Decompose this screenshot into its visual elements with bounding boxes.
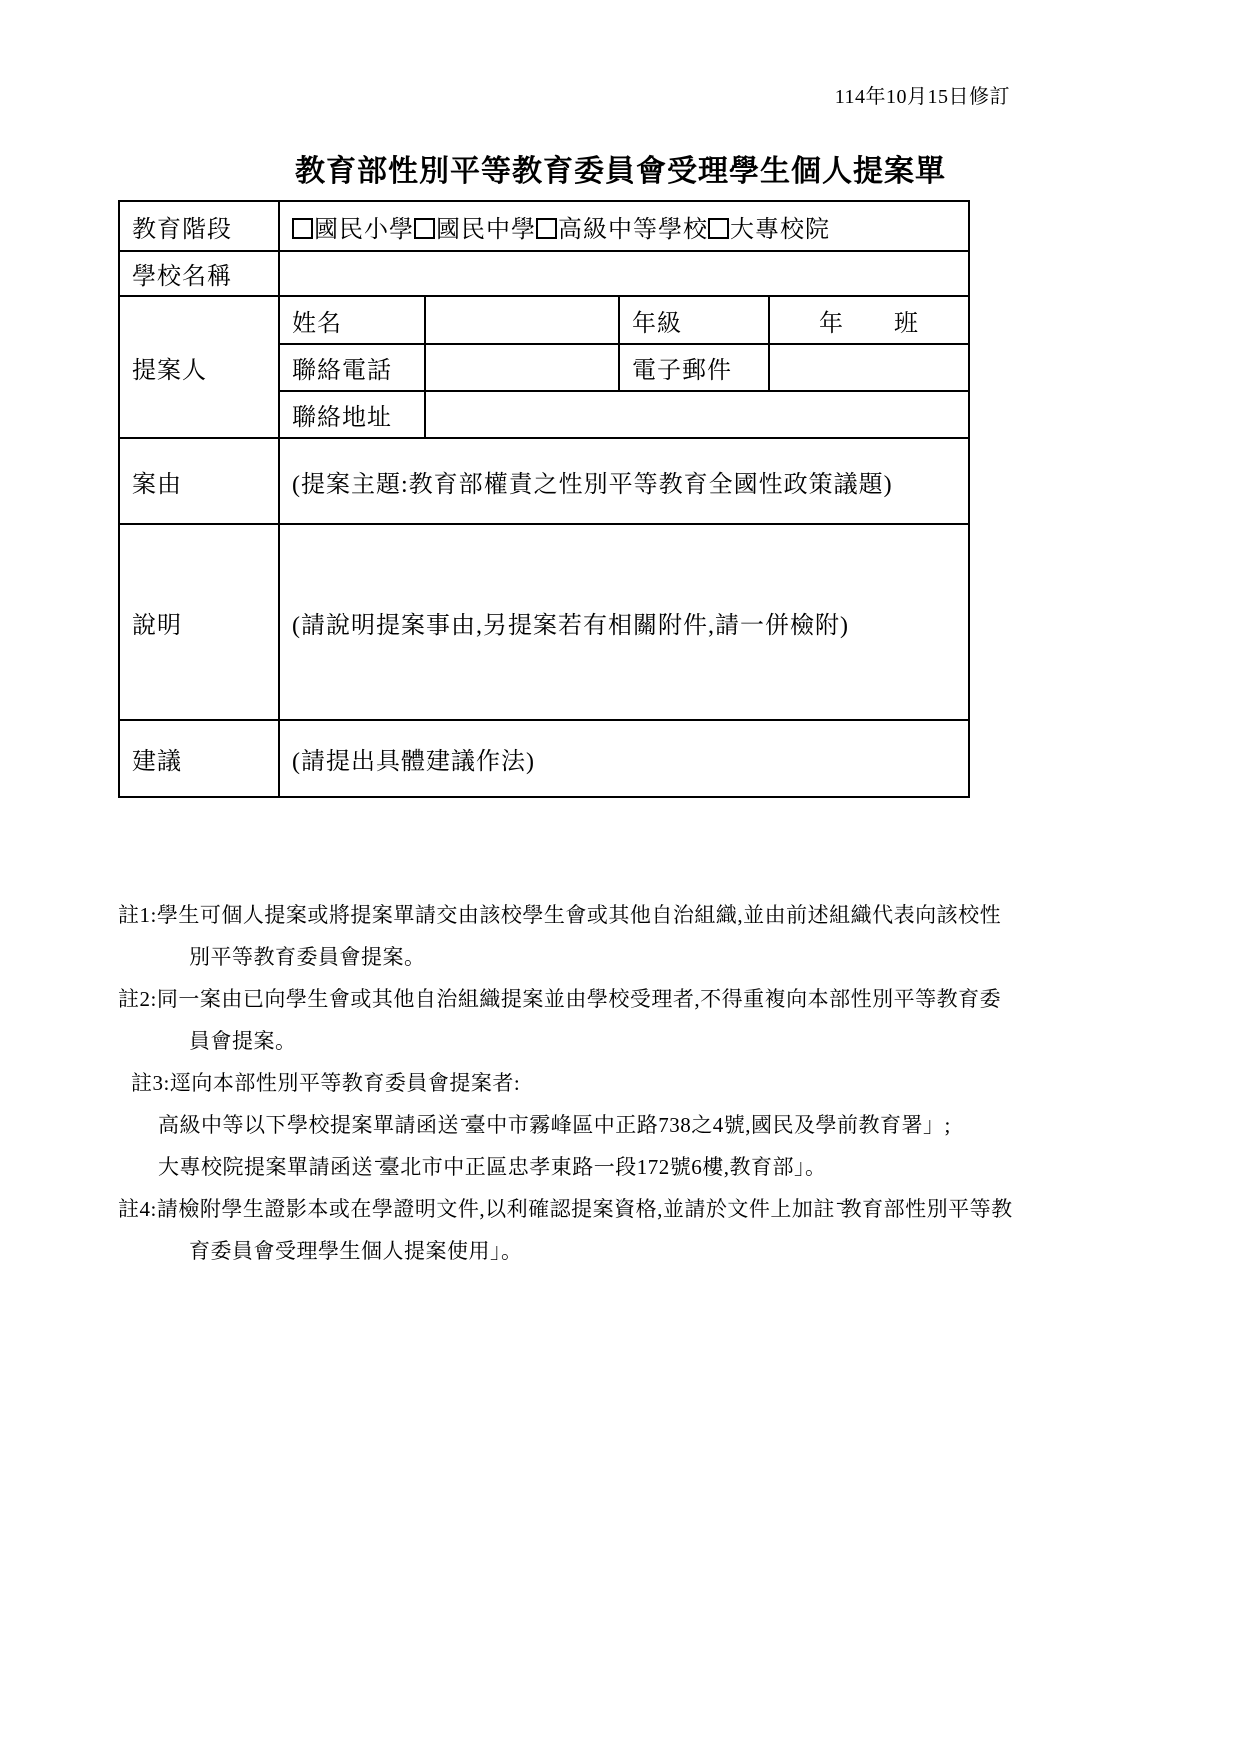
option-elementary: 國民小學 xyxy=(292,217,414,243)
grade-input[interactable]: 年 班 xyxy=(769,296,969,344)
description-label: 說明 xyxy=(119,524,279,720)
checkbox-junior-high-icon[interactable] xyxy=(414,218,435,239)
note-1-text: 學生可個人提案或將提案單請交由該校學生會或其他自治組織,並由前述組織代表向該校性… xyxy=(157,903,1001,969)
note-1: 註1:學生可個人提案或將提案單請交由該校學生會或其他自治組織,並由前述組織代表向… xyxy=(118,894,1018,978)
address-input[interactable] xyxy=(425,391,969,438)
email-input[interactable] xyxy=(769,344,969,391)
school-name-label: 學校名稱 xyxy=(119,251,279,296)
option-junior-high-label: 國民中學 xyxy=(436,217,536,243)
subject-label: 案由 xyxy=(119,438,279,524)
note-2-label: 註2: xyxy=(118,987,157,1011)
note-4: 註4:請檢附學生證影本或在學證明文件,以利確認提案資格,並請於文件上加註 ̄教育… xyxy=(118,1188,1018,1272)
page-title: 教育部性別平等教育委員會受理學生個人提案單 xyxy=(0,146,1241,190)
option-junior-high: 國民中學 xyxy=(414,217,536,243)
suggestion-input[interactable]: (請提出具體建議作法) xyxy=(279,720,969,797)
checkbox-elementary-icon[interactable] xyxy=(292,218,313,239)
address-label: 聯絡地址 xyxy=(279,391,425,438)
option-senior-high: 高級中等學校 xyxy=(536,217,708,243)
note-4-label: 註4: xyxy=(118,1197,157,1221)
school-name-input[interactable] xyxy=(279,251,969,296)
checkbox-senior-high-icon[interactable] xyxy=(536,218,557,239)
note-2-text: 同一案由已向學生會或其他自治組織提案並由學校受理者,不得重複向本部性別平等教育委… xyxy=(157,987,1001,1053)
note-2: 註2:同一案由已向學生會或其他自治組織提案並由學校受理者,不得重複向本部性別平等… xyxy=(118,978,1018,1062)
education-stage-label: 教育階段 xyxy=(119,201,279,251)
option-college-label: 大專校院 xyxy=(730,217,830,243)
email-label: 電子郵件 xyxy=(619,344,769,391)
proposal-form-table: 教育階段 國民小學國民中學高級中等學校大專校院 學校名稱 提案人 姓名 年級 年… xyxy=(118,200,970,798)
phone-label: 聯絡電話 xyxy=(279,344,425,391)
phone-input[interactable] xyxy=(425,344,619,391)
option-senior-high-label: 高級中等學校 xyxy=(558,217,708,243)
note-3: 註3:逕向本部性別平等教育委員會提案者: xyxy=(118,1062,1018,1104)
proposer-label: 提案人 xyxy=(119,296,279,438)
note-3-label: 註3: xyxy=(131,1071,170,1095)
notes-section: 註1:學生可個人提案或將提案單請交由該校學生會或其他自治組織,並由前述組織代表向… xyxy=(118,894,1018,1272)
checkbox-college-icon[interactable] xyxy=(708,218,729,239)
subject-input[interactable]: (提案主題:教育部權責之性別平等教育全國性政策議題) xyxy=(279,438,969,524)
option-elementary-label: 國民小學 xyxy=(314,217,414,243)
note-3-text: 逕向本部性別平等教育委員會提案者: xyxy=(170,1071,520,1095)
education-stage-options: 國民小學國民中學高級中等學校大專校院 xyxy=(279,201,969,251)
description-input[interactable]: (請說明提案事由,另提案若有相關附件,請一併檢附) xyxy=(279,524,969,720)
suggestion-label: 建議 xyxy=(119,720,279,797)
name-label: 姓名 xyxy=(279,296,425,344)
note-4-text: 請檢附學生證影本或在學證明文件,以利確認提案資格,並請於文件上加註 ̄教育部性別… xyxy=(157,1197,1013,1263)
note-3-address-2: 大專校院提案單請函送 ̄臺北市中正區忠孝東路一段172號6樓,教育部」。 xyxy=(118,1146,1018,1188)
option-college: 大專校院 xyxy=(708,217,830,243)
note-3-address-1: 高級中等以下學校提案單請函送 ̄臺中市霧峰區中正路738之4號,國民及學前教育署… xyxy=(118,1104,1018,1146)
name-input[interactable] xyxy=(425,296,619,344)
note-1-label: 註1: xyxy=(118,903,157,927)
grade-label: 年級 xyxy=(619,296,769,344)
revision-date: 114年10月15日修訂 xyxy=(835,80,1010,109)
document-page: 114年10月15日修訂 教育部性別平等教育委員會受理學生個人提案單 教育階段 … xyxy=(0,0,1241,1755)
